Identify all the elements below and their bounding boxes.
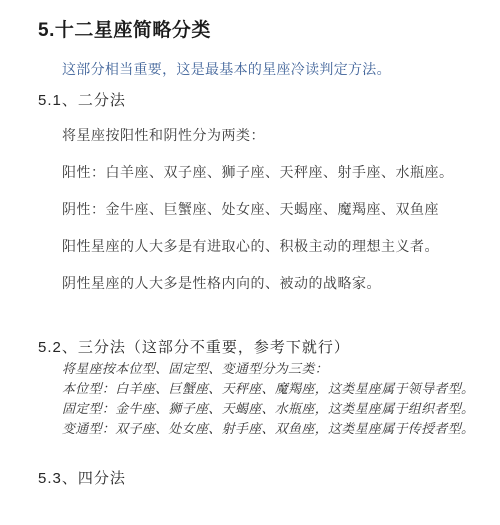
paragraph-yang-signs: 阳性：白羊座、双子座、狮子座、天秤座、射手座、水瓶座。 [62, 165, 500, 180]
paragraph-cardinal-type: 本位型：白羊座、巨蟹座、天秤座、魔羯座，这类星座属于领导者型。 [62, 382, 500, 396]
section-heading-quadrichotomy: 5.3、四分法 [38, 470, 500, 487]
section-heading-dichotomy: 5.1、二分法 [38, 92, 500, 109]
intro-note: 这部分相当重要，这是最基本的星座冷读判定方法。 [62, 62, 500, 77]
paragraph-yang-description: 阳性星座的人大多是有进取心的、积极主动的理想主义者。 [62, 239, 500, 254]
page-title: 5.十二星座简略分类 [38, 20, 500, 42]
paragraph-dichotomy-intro: 将星座按阳性和阴性分为两类： [62, 128, 500, 143]
document-page: 5.十二星座简略分类 这部分相当重要，这是最基本的星座冷读判定方法。 5.1、二… [0, 0, 500, 525]
paragraph-mutable-type: 变通型：双子座、处女座、射手座、双鱼座，这类星座属于传授者型。 [62, 422, 500, 436]
section-heading-trichotomy: 5.2、三分法（这部分不重要，参考下就行） [38, 339, 500, 356]
paragraph-trichotomy-intro: 将星座按本位型、固定型、变通型分为三类： [62, 362, 500, 376]
paragraph-yin-signs: 阴性：金牛座、巨蟹座、处女座、天蝎座、魔羯座、双鱼座 [62, 202, 500, 217]
paragraph-yin-description: 阴性星座的人大多是性格内向的、被动的战略家。 [62, 276, 500, 291]
paragraph-fixed-type: 固定型：金牛座、狮子座、天蝎座、水瓶座，这类星座属于组织者型。 [62, 402, 500, 416]
